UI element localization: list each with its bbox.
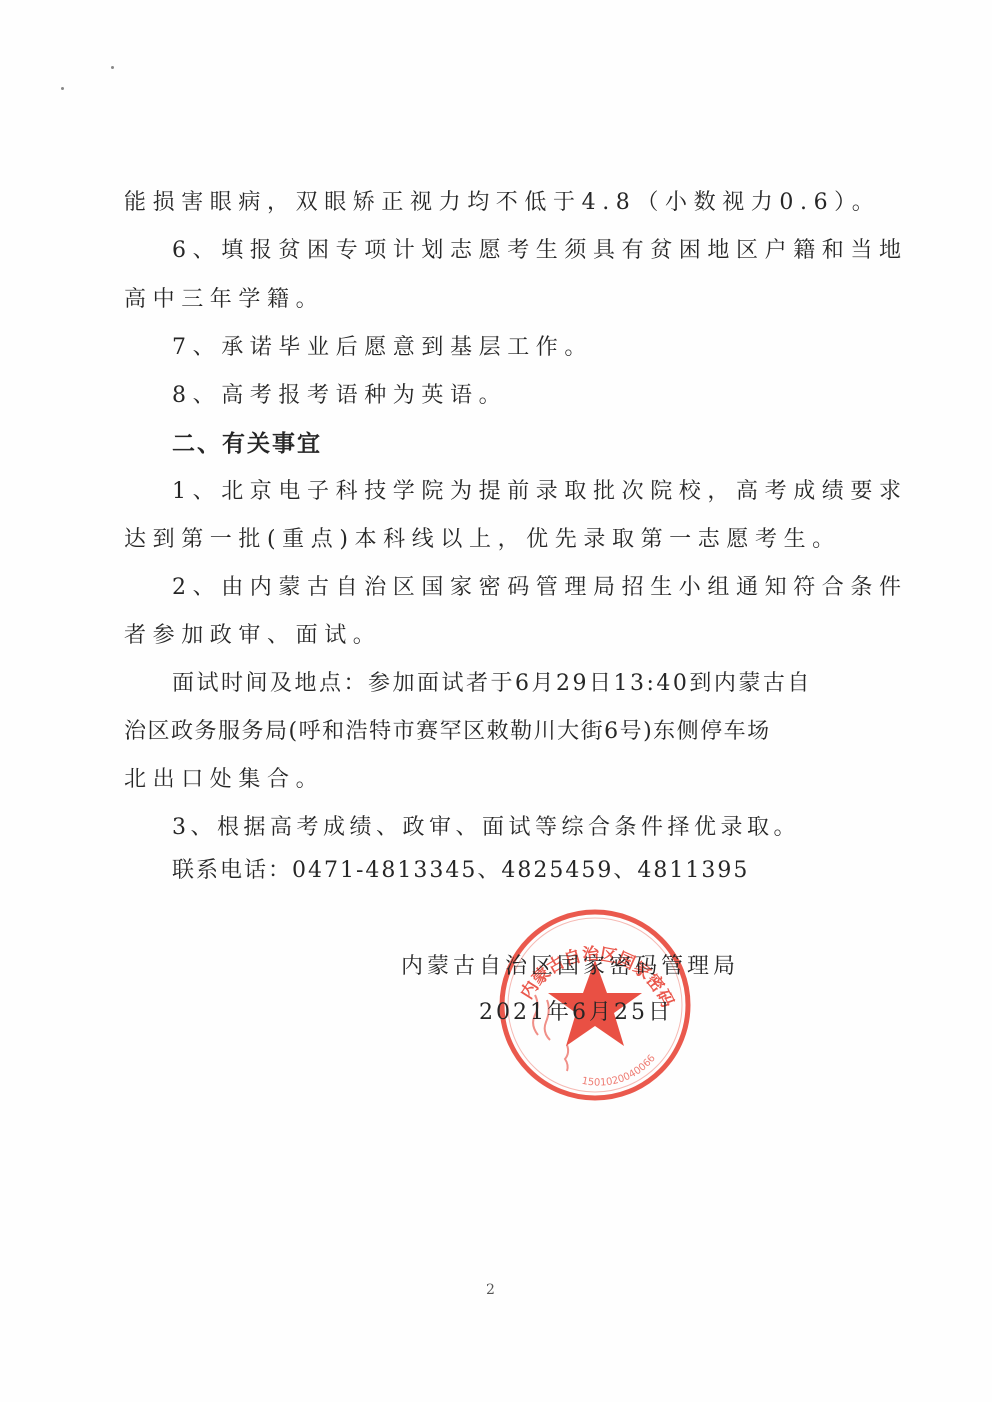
matter-2-line1: 2、由内蒙古自治区国家密码管理局招生小组通知符合条件 [172, 573, 908, 603]
document-page: 能损害眼病，双眼矫正视力均不低于4.8（小数视力0.6）。 6、填报贫困专项计划… [0, 0, 992, 1402]
issuer-name: 内蒙古自治区国家密码管理局 [401, 952, 739, 982]
requirement-8: 8、高考报考语种为英语。 [172, 381, 507, 411]
scan-speck [61, 87, 64, 90]
issue-date: 2021年6月25日 [479, 998, 673, 1028]
interview-line2: 治区政务服务局(呼和浩特市赛罕区敕勒川大街6号)东侧停车场 [124, 717, 771, 747]
matter-1-line1: 1、北京电子科技学院为提前录取批次院校，高考成绩要求 [172, 477, 908, 507]
page-number: 2 [486, 1282, 495, 1298]
requirement-6-line2: 高中三年学籍。 [124, 285, 324, 315]
requirement-6-line1: 6、填报贫困专项计划志愿考生须具有贫困地区户籍和当地 [172, 236, 908, 266]
matter-3: 3、根据高考成绩、政审、面试等综合条件择优录取。 [172, 813, 800, 843]
text-line: 能损害眼病，双眼矫正视力均不低于4.8（小数视力0.6）。 [124, 188, 880, 218]
matter-1-line2: 达到第一批(重点)本科线以上，优先录取第一志愿考生。 [124, 525, 841, 555]
matter-2-line2: 者参加政审、面试。 [124, 621, 381, 651]
interview-line1: 面试时间及地点：参加面试者于6月29日13:40到内蒙古自 [172, 669, 812, 699]
section-heading: 二、有关事宜 [172, 429, 322, 459]
contact-phone: 联系电话：0471-4813345、4825459、4811395 [172, 856, 749, 886]
interview-line3: 北出口处集合。 [124, 765, 324, 795]
requirement-7: 7、承诺毕业后愿意到基层工作。 [172, 333, 593, 363]
scan-speck [111, 66, 114, 69]
